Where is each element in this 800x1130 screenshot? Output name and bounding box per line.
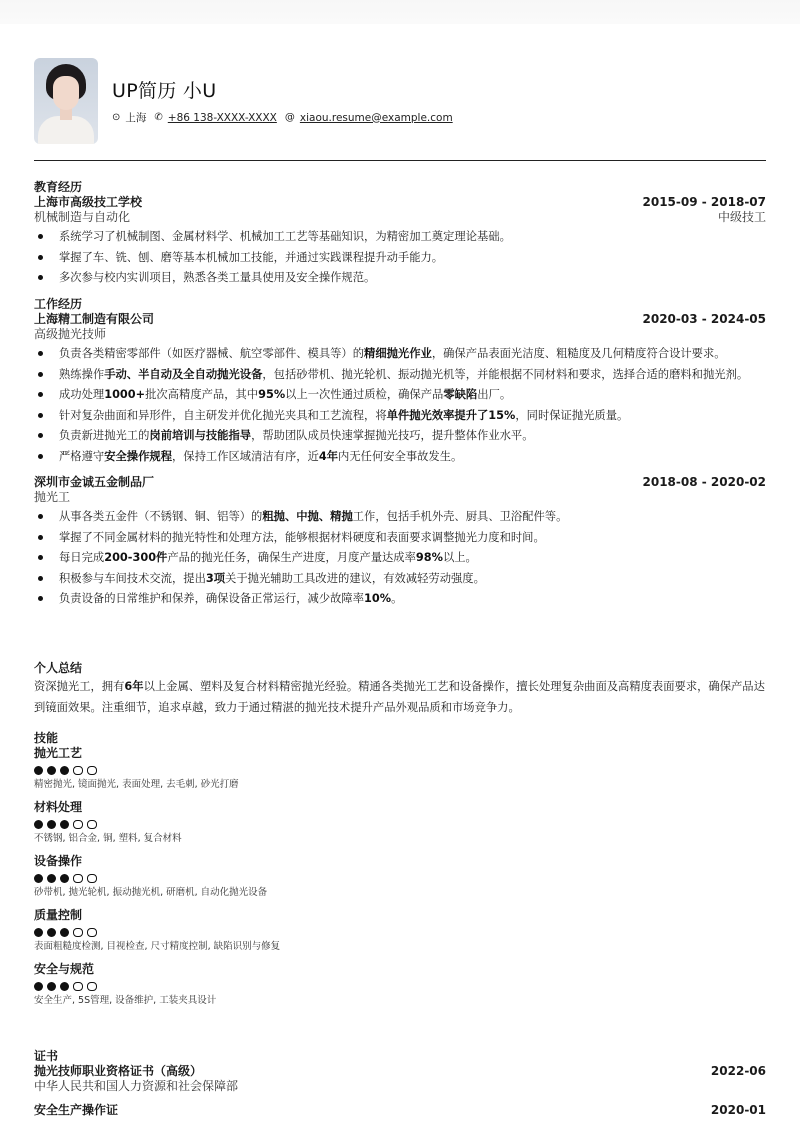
location-pin-icon: ⊙ bbox=[112, 112, 120, 123]
empty-dot-icon bbox=[87, 766, 97, 775]
header-divider bbox=[34, 160, 766, 161]
work-dates: 2018-08 - 2020-02 bbox=[643, 475, 767, 490]
filled-dot-icon bbox=[47, 874, 56, 883]
skill-name: 质量控制 bbox=[34, 908, 766, 923]
filled-dot-icon bbox=[34, 982, 43, 991]
resume-header: UP简历 小U ⊙ 上海 ✆ +86 138-XXXX-XXXX @ xiaou… bbox=[34, 58, 461, 144]
skill-keywords: 安全生产, 5S管理, 设备维护, 工装夹具设计 bbox=[34, 994, 766, 1008]
section-title: 技能 bbox=[34, 731, 766, 746]
education-dates: 2015-09 - 2018-07 bbox=[643, 195, 767, 210]
bullet-item: 从事各类五金件（不锈钢、铜、铝等）的粗抛、中抛、精抛工作，包括手机外壳、厨具、卫… bbox=[34, 509, 766, 524]
skill-name: 安全与规范 bbox=[34, 962, 766, 977]
filled-dot-icon bbox=[60, 874, 69, 883]
filled-dot-icon bbox=[60, 766, 69, 775]
skill-keywords: 不锈钢, 铝合金, 铜, 塑料, 复合材料 bbox=[34, 832, 766, 846]
section-title: 教育经历 bbox=[34, 180, 766, 195]
summary-section: 个人总结 资深抛光工，拥有6年以上金属、塑料及复合材料精密抛光经验。精通各类抛光… bbox=[34, 661, 766, 718]
filled-dot-icon bbox=[47, 982, 56, 991]
work-dates: 2020-03 - 2024-05 bbox=[643, 312, 767, 327]
avatar bbox=[34, 58, 98, 144]
education-bullets: 系统学习了机械制图、金属材料学、机械加工工艺等基础知识，为精密加工奠定理论基础。… bbox=[34, 229, 766, 285]
filled-dot-icon bbox=[60, 982, 69, 991]
empty-dot-icon bbox=[87, 874, 97, 883]
section-title: 工作经历 bbox=[34, 297, 766, 312]
school-name: 上海市高级技工学校 bbox=[34, 195, 142, 210]
filled-dot-icon bbox=[47, 928, 56, 937]
skills-section: 技能 抛光工艺精密抛光, 镜面抛光, 表面处理, 去毛刺, 砂光打磨材料处理不锈… bbox=[34, 731, 766, 1016]
empty-dot-icon bbox=[87, 982, 97, 991]
skill-name: 设备操作 bbox=[34, 854, 766, 869]
bullet-item: 成功处理1000+批次高精度产品，其中95%以上一次性通过质检，确保产品零缺陷出… bbox=[34, 387, 766, 402]
bullet-item: 针对复杂曲面和异形件，自主研发并优化抛光夹具和工艺流程，将单件抛光效率提升了15… bbox=[34, 408, 766, 423]
summary-text: 资深抛光工，拥有6年以上金属、塑料及复合材料精密抛光经验。精通各类抛光工艺和设备… bbox=[34, 676, 766, 718]
certificates-section: 证书 抛光技师职业资格证书（高级）2022-06 中华人民共和国人力资源和社会保… bbox=[34, 1049, 766, 1118]
skill-keywords: 表面粗糙度检测, 目视检查, 尺寸精度控制, 缺陷识别与修复 bbox=[34, 940, 766, 954]
skills-list: 抛光工艺精密抛光, 镜面抛光, 表面处理, 去毛刺, 砂光打磨材料处理不锈钢, … bbox=[34, 746, 766, 1008]
skill-level-rating bbox=[34, 928, 766, 937]
phone-link[interactable]: +86 138-XXXX-XXXX bbox=[168, 112, 277, 124]
filled-dot-icon bbox=[60, 820, 69, 829]
email-link[interactable]: xiaou.resume@example.com bbox=[300, 112, 453, 124]
bullet-item: 熟练操作手动、半自动及全自动抛光设备，包括砂带机、抛光轮机、振动抛光机等，并能根… bbox=[34, 367, 766, 382]
certificate-date: 2022-06 bbox=[711, 1064, 766, 1079]
skill-level-rating bbox=[34, 874, 766, 883]
skill-name: 抛光工艺 bbox=[34, 746, 766, 761]
empty-dot-icon bbox=[73, 982, 83, 991]
filled-dot-icon bbox=[47, 766, 56, 775]
work-bullets: 从事各类五金件（不锈钢、铜、铝等）的粗抛、中抛、精抛工作，包括手机外壳、厨具、卫… bbox=[34, 509, 766, 606]
certificate-name: 抛光技师职业资格证书（高级） bbox=[34, 1064, 202, 1079]
filled-dot-icon bbox=[34, 766, 43, 775]
bullet-item: 系统学习了机械制图、金属材料学、机械加工工艺等基础知识，为精密加工奠定理论基础。 bbox=[34, 229, 766, 244]
candidate-name: UP简历 小U bbox=[112, 78, 461, 104]
skill-level-rating bbox=[34, 982, 766, 991]
bullet-item: 每日完成200-300件产品的抛光任务，确保生产进度，月度产量达成率98%以上。 bbox=[34, 550, 766, 565]
skill-keywords: 精密抛光, 镜面抛光, 表面处理, 去毛刺, 砂光打磨 bbox=[34, 778, 766, 792]
bullet-item: 负责新进抛光工的岗前培训与技能指导，帮助团队成员快速掌握抛光技巧，提升整体作业水… bbox=[34, 428, 766, 443]
top-bar bbox=[0, 0, 800, 24]
certificate-name: 安全生产操作证 bbox=[34, 1103, 118, 1118]
certificate-date: 2020-01 bbox=[711, 1103, 766, 1118]
bullet-item: 负责各类精密零部件（如医疗器械、航空零部件、模具等）的精细抛光作业，确保产品表面… bbox=[34, 346, 766, 361]
job-role: 抛光工 bbox=[34, 490, 70, 505]
bullet-item: 掌握了不同金属材料的抛光特性和处理方法，能够根据材料硬度和表面要求调整抛光力度和… bbox=[34, 530, 766, 545]
bullet-item: 积极参与车间技术交流，提出3项关于抛光辅助工具改进的建议，有效减轻劳动强度。 bbox=[34, 571, 766, 586]
bullet-item: 严格遵守安全操作规程，保持工作区域清洁有序，近4年内无任何安全事故发生。 bbox=[34, 449, 766, 464]
bullet-item: 多次参与校内实训项目，熟悉各类工量具使用及安全操作规范。 bbox=[34, 270, 766, 285]
section-title: 证书 bbox=[34, 1049, 766, 1064]
skill-keywords: 砂带机, 抛光轮机, 振动抛光机, 研磨机, 自动化抛光设备 bbox=[34, 886, 766, 900]
empty-dot-icon bbox=[73, 766, 83, 775]
major: 机械制造与自动化 bbox=[34, 210, 130, 225]
empty-dot-icon bbox=[87, 928, 97, 937]
contact-info: ⊙ 上海 ✆ +86 138-XXXX-XXXX @ xiaou.resume@… bbox=[112, 110, 461, 125]
empty-dot-icon bbox=[87, 820, 97, 829]
work-bullets: 负责各类精密零部件（如医疗器械、航空零部件、模具等）的精细抛光作业，确保产品表面… bbox=[34, 346, 766, 464]
filled-dot-icon bbox=[34, 874, 43, 883]
at-icon: @ bbox=[285, 112, 295, 123]
bullet-item: 掌握了车、铣、刨、磨等基本机械加工技能，并通过实践课程提升动手能力。 bbox=[34, 250, 766, 265]
bullet-item: 负责设备的日常维护和保养，确保设备正常运行，减少故障率10%。 bbox=[34, 591, 766, 606]
skill-level-rating bbox=[34, 820, 766, 829]
empty-dot-icon bbox=[73, 874, 83, 883]
education-section: 教育经历 上海市高级技工学校2015-09 - 2018-07 机械制造与自动化… bbox=[34, 180, 766, 291]
company-name: 深圳市金诚五金制品厂 bbox=[34, 475, 154, 490]
skill-level-rating bbox=[34, 766, 766, 775]
skill-name: 材料处理 bbox=[34, 800, 766, 815]
job-role: 高级抛光技师 bbox=[34, 327, 106, 342]
empty-dot-icon bbox=[73, 820, 83, 829]
filled-dot-icon bbox=[47, 820, 56, 829]
filled-dot-icon bbox=[34, 820, 43, 829]
work-section: 工作经历 上海精工制造有限公司2020-03 - 2024-05 高级抛光技师 … bbox=[34, 297, 766, 612]
certificate-issuer: 中华人民共和国人力资源和社会保障部 bbox=[34, 1079, 238, 1094]
company-name: 上海精工制造有限公司 bbox=[34, 312, 154, 327]
degree: 中级技工 bbox=[718, 210, 766, 225]
empty-dot-icon bbox=[73, 928, 83, 937]
location-text: 上海 bbox=[125, 110, 146, 125]
section-title: 个人总结 bbox=[34, 661, 766, 676]
filled-dot-icon bbox=[34, 928, 43, 937]
filled-dot-icon bbox=[60, 928, 69, 937]
phone-icon: ✆ bbox=[154, 112, 162, 123]
